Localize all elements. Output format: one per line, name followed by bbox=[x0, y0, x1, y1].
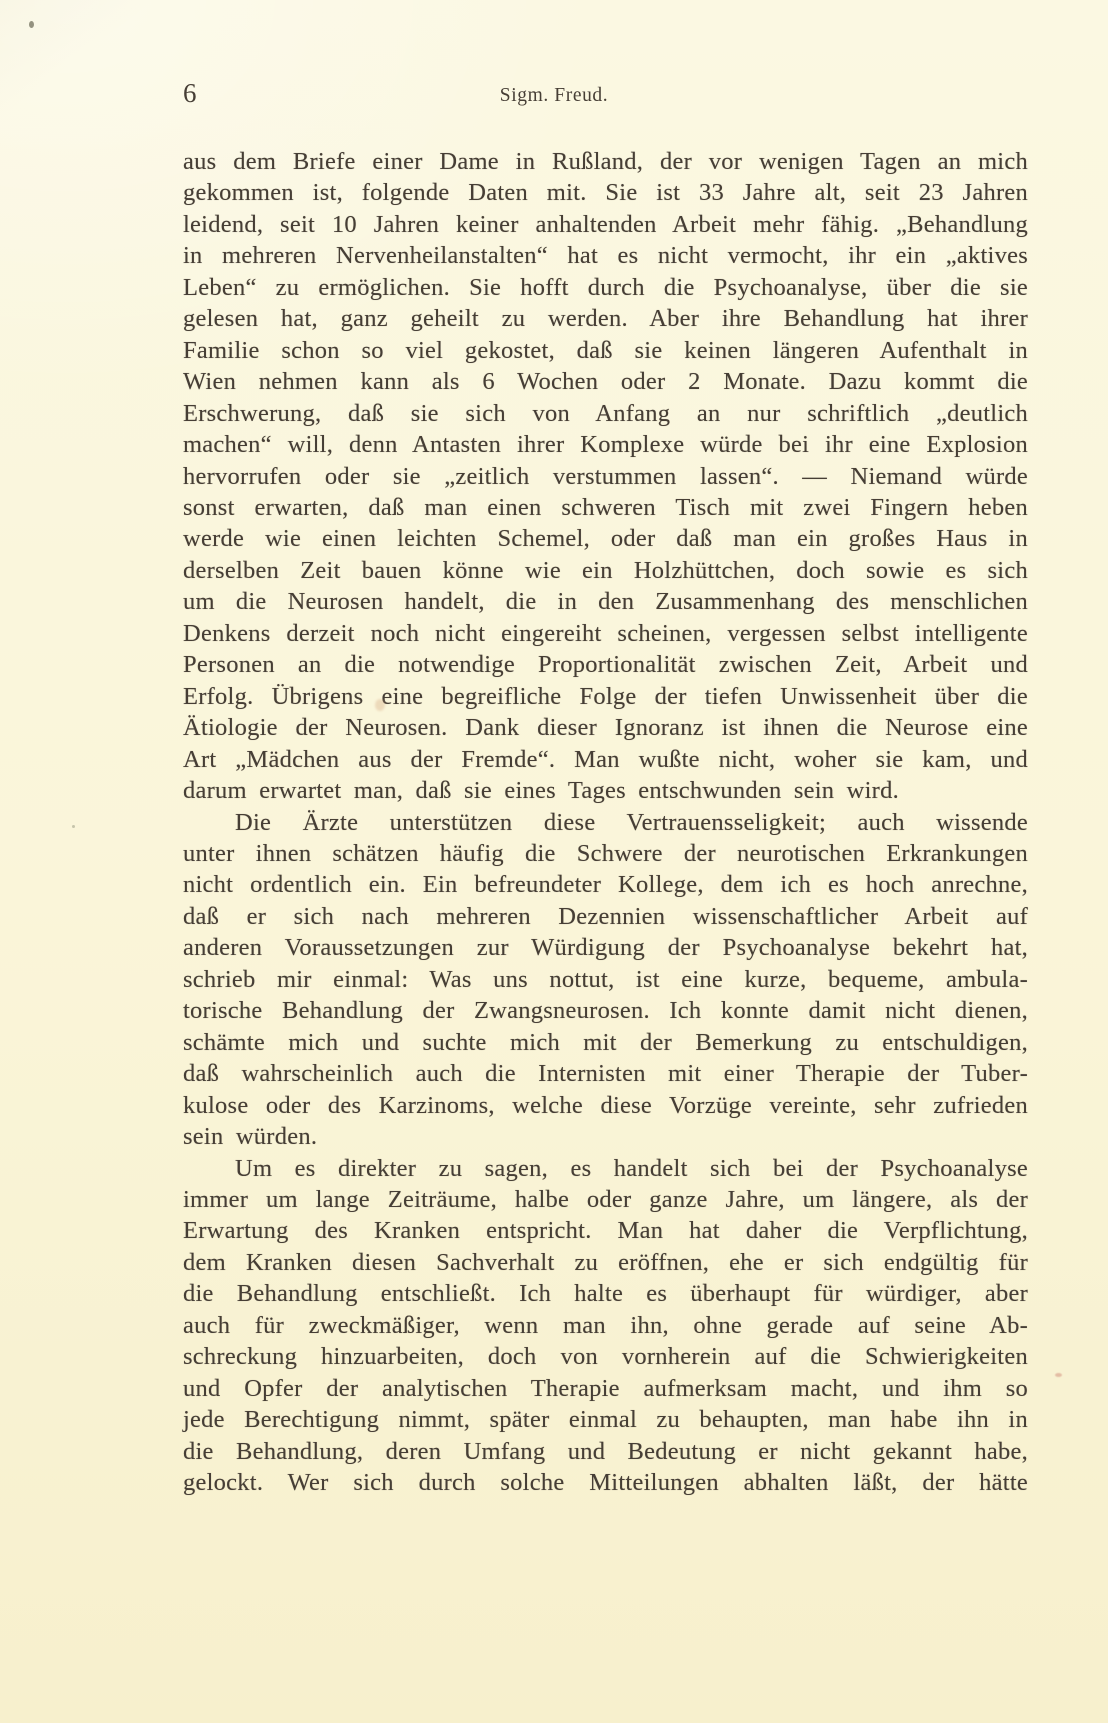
paragraph: Die Ärzte unterstützen diese Vertrauenss… bbox=[183, 807, 1028, 1153]
text-line: gelockt. Wer sich durch solche Mitteilun… bbox=[183, 1467, 1028, 1498]
text-line: jede Berechtigung nimmt, später einmal z… bbox=[183, 1404, 1028, 1435]
paragraph: aus dem Briefe einer Dame in Rußland, de… bbox=[183, 146, 1028, 807]
paper-speck bbox=[29, 21, 34, 28]
text-line: Art „Mädchen aus der Fremde“. Man wußte … bbox=[183, 744, 1028, 775]
body-text-block: aus dem Briefe einer Dame in Rußland, de… bbox=[183, 146, 1028, 1498]
text-line: torische Behandlung der Zwangsneurosen. … bbox=[183, 995, 1028, 1026]
text-line: machen“ will, denn Antasten ihrer Komple… bbox=[183, 429, 1028, 460]
text-line: kulose oder des Karzinoms, welche diese … bbox=[183, 1090, 1028, 1121]
text-line: werde wie einen leichten Schemel, oder d… bbox=[183, 523, 1028, 554]
text-line: um die Neurosen handelt, die in den Zusa… bbox=[183, 586, 1028, 617]
text-line: dem Kranken diesen Sachverhalt zu eröffn… bbox=[183, 1247, 1028, 1278]
running-header-title: Sigm. Freud. bbox=[0, 83, 1108, 109]
text-line: Ätiologie der Neurosen. Dank dieser Igno… bbox=[183, 712, 1028, 743]
text-line: Personen an die notwendige Proportionali… bbox=[183, 649, 1028, 680]
text-line: daß er sich nach mehreren Dezennien wiss… bbox=[183, 901, 1028, 932]
paper-speck bbox=[1055, 1373, 1062, 1377]
text-line: die Behandlung entschließt. Ich halte es… bbox=[183, 1278, 1028, 1309]
text-line: Um es direkter zu sagen, es handelt sich… bbox=[183, 1153, 1028, 1184]
text-line: Erfolg. Übrigens eine begreifliche Folge… bbox=[183, 681, 1028, 712]
text-line: immer um lange Zeiträume, halbe oder gan… bbox=[183, 1184, 1028, 1215]
text-line: schreckung hinzuarbeiten, doch von vornh… bbox=[183, 1341, 1028, 1372]
text-line: aus dem Briefe einer Dame in Rußland, de… bbox=[183, 146, 1028, 177]
text-line: Erschwerung, daß sie sich von Anfang an … bbox=[183, 398, 1028, 429]
text-line: auch für zweckmäßiger, wenn man ihn, ohn… bbox=[183, 1310, 1028, 1341]
text-line: Denkens derzeit noch nicht eingereiht sc… bbox=[183, 618, 1028, 649]
text-line: daß wahrscheinlich auch die Internisten … bbox=[183, 1058, 1028, 1089]
text-line: Leben“ zu ermöglichen. Sie hofft durch d… bbox=[183, 272, 1028, 303]
text-line: Die Ärzte unterstützen diese Vertrauenss… bbox=[183, 807, 1028, 838]
text-line: Familie schon so viel gekostet, daß sie … bbox=[183, 335, 1028, 366]
text-line: leidend, seit 10 Jahren keiner anhaltend… bbox=[183, 209, 1028, 240]
text-line: in mehreren Nervenheilanstalten“ hat es … bbox=[183, 240, 1028, 271]
text-line: gelesen hat, ganz geheilt zu werden. Abe… bbox=[183, 303, 1028, 334]
text-line: Wien nehmen kann als 6 Wochen oder 2 Mon… bbox=[183, 366, 1028, 397]
text-line: unter ihnen schätzen häufig die Schwere … bbox=[183, 838, 1028, 869]
text-line: hervorrufen oder sie „zeitlich verstumme… bbox=[183, 461, 1028, 492]
text-line: gekommen ist, folgende Daten mit. Sie is… bbox=[183, 177, 1028, 208]
text-line: Erwartung des Kranken entspricht. Man ha… bbox=[183, 1215, 1028, 1246]
book-page: 6 Sigm. Freud. aus dem Briefe einer Dame… bbox=[0, 0, 1108, 1723]
paragraph: Um es direkter zu sagen, es handelt sich… bbox=[183, 1153, 1028, 1499]
text-line: und Opfer der analytischen Therapie aufm… bbox=[183, 1373, 1028, 1404]
text-line: sein würden. bbox=[183, 1121, 1028, 1152]
text-line: schrieb mir einmal: Was uns nottut, ist … bbox=[183, 964, 1028, 995]
paper-speck bbox=[72, 825, 75, 828]
text-line: derselben Zeit bauen könne wie ein Holzh… bbox=[183, 555, 1028, 586]
text-line: darum erwartet man, daß sie eines Tages … bbox=[183, 775, 1028, 806]
text-line: die Behandlung, deren Umfang und Bedeutu… bbox=[183, 1436, 1028, 1467]
text-line: schämte mich und suchte mich mit der Bem… bbox=[183, 1027, 1028, 1058]
text-line: anderen Voraussetzungen zur Würdigung de… bbox=[183, 932, 1028, 963]
text-line: nicht ordentlich ein. Ein befreundeter K… bbox=[183, 869, 1028, 900]
text-line: sonst erwarten, daß man einen schweren T… bbox=[183, 492, 1028, 523]
